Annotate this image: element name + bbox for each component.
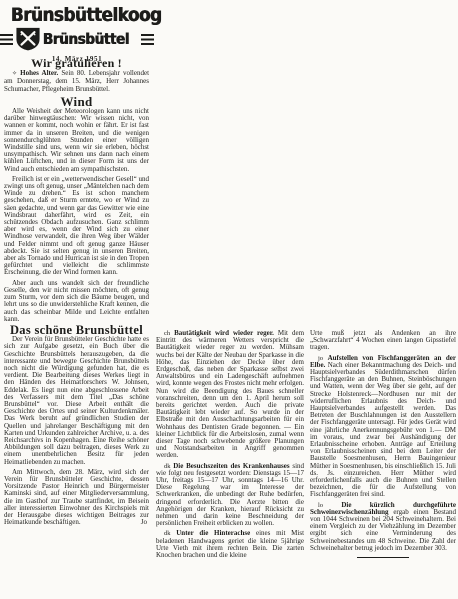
wind-paragraph-3: Aber auch uns wandelt sich der freundlic…	[4, 280, 149, 323]
schoenes-paragraph-1: Der Verein für Brunsbütteler Geschichte …	[4, 336, 149, 466]
masthead-title-row: Brünsbüttel	[2, 27, 152, 51]
paragraph-text: Nach einer Bekanntmachung des Deich- und…	[310, 361, 456, 499]
wind-paragraph-2: Freilich ist er ein „wetterwendischer Ge…	[4, 176, 149, 277]
paragraph-text: sind wie folgt neu festgesetzt worden: D…	[156, 462, 304, 528]
paragraph-text: ergab einen Bestand von 1044 Schweinen b…	[310, 508, 456, 552]
paragraph-text: Mit dem Eintritt des wärmeren Wetters ve…	[156, 329, 304, 459]
coat-of-arms-icon	[15, 27, 41, 51]
column-middle: ch Bautätigkeit wird wieder reger. Mit d…	[156, 330, 304, 562]
column-left: Wir gratulieren ! ✧ Hohes Alter. Sein 80…	[4, 60, 149, 529]
congrats-lead: Hohes Alter.	[20, 69, 58, 77]
wind-article-title: Wind	[4, 98, 149, 105]
wind-paragraph-1: Alle Weisheit der Meteorologen kann uns …	[4, 108, 149, 173]
schoenes-paragraph-2: Am Mittwoch, dem 28. März, wird sich der…	[4, 469, 149, 527]
hinterachse-paragraph: dk Unter die Hinterachse eines mit Mist …	[156, 530, 304, 559]
correspondent-signature: Jo	[133, 519, 147, 526]
masthead: Brünsbüttelkoog Brünsbüttel 14. März 195…	[2, 5, 152, 63]
schweinezaehlung-paragraph: lo Die kürzlich durchgeführte Schweinezw…	[310, 502, 456, 552]
fischfang-paragraph: jo Aufstellen von Fischfanggeräten an de…	[310, 355, 456, 499]
masthead-title-line1: Brünsbüttelkoog	[11, 5, 143, 26]
schoenes-article-title: Das schöne Brunsbüttel	[4, 327, 149, 334]
column-right: Urte muß jetzt als Andenken an ihre „Sch…	[310, 330, 456, 558]
speed-lines-left-icon	[0, 34, 13, 45]
congrats-heading: Wir gratulieren !	[4, 60, 149, 67]
schoenes-paragraph-2-text: Am Mittwoch, dem 28. März, wird sich der…	[4, 468, 149, 526]
section-divider	[357, 557, 409, 558]
newspaper-clipping-page: Brünsbüttelkoog Brünsbüttel 14. März 195…	[0, 0, 458, 599]
masthead-title-line2: Brünsbüttel	[43, 30, 129, 48]
bautaetigkeit-paragraph: ch Bautätigkeit wird wieder reger. Mit d…	[156, 330, 304, 460]
besuchszeiten-paragraph: dk Die Besuchszeiten des Krankenhauses s…	[156, 463, 304, 528]
urte-continuation-paragraph: Urte muß jetzt als Andenken an ihre „Sch…	[310, 330, 456, 352]
star-marker-icon: ✧	[12, 71, 17, 77]
congrats-paragraph: ✧ Hohes Alter. Sein 80. Lebensjahr volle…	[4, 70, 149, 93]
speed-lines-right-icon	[141, 34, 154, 45]
